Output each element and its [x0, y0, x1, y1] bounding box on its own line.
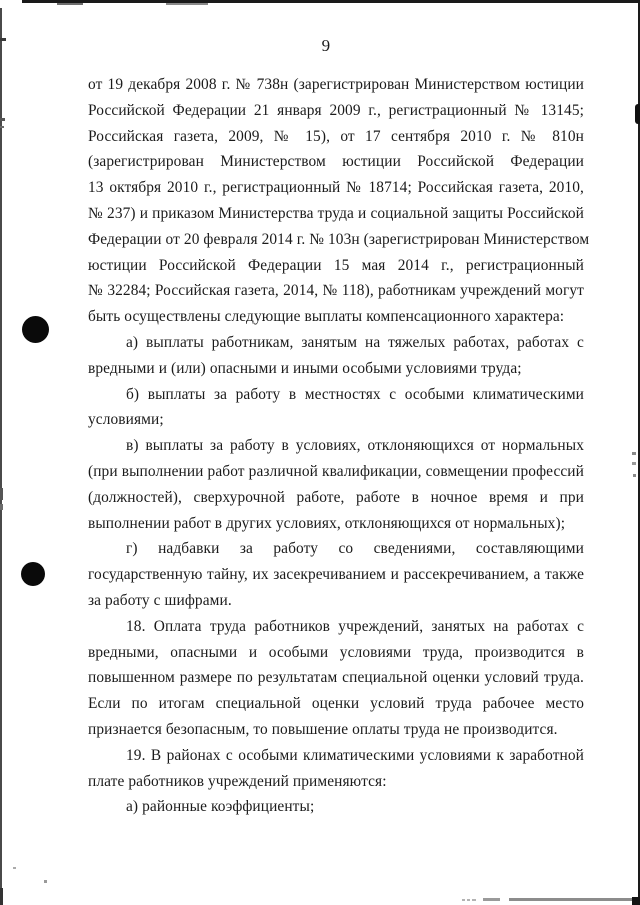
scan-artifact-right-tick: [632, 452, 636, 455]
scan-artifact-left-tick: [0, 118, 5, 121]
text-line: 13 октября 2010 г., регистрационный № 18…: [88, 175, 584, 201]
scan-artifact-top-dash: [166, 3, 208, 5]
text-line: вредными, опасными и особыми условиями т…: [88, 640, 584, 666]
text-line: Российской Федерации 21 января 2009 г., …: [88, 98, 584, 124]
scan-artifact-right-tick: [632, 462, 636, 465]
text-line: 18. Оплата труда работников учреждений, …: [88, 614, 584, 640]
scan-artifact-speck: [13, 867, 16, 869]
scan-artifact-bottom-corner: [632, 897, 640, 905]
page-number: 9: [78, 36, 574, 56]
text-line: повышенном размере по результатам специа…: [88, 665, 584, 691]
text-line: Федерации от 20 февраля 2014 г. № 103н (…: [88, 227, 584, 253]
text-line: № 237) и приказом Министерства труда и с…: [88, 201, 584, 227]
text-line: юстиции Российской Федерации 15 мая 2014…: [88, 253, 584, 279]
scan-artifact-left-tick: [0, 504, 3, 510]
text-line: условиями;: [88, 407, 584, 433]
scan-artifact-left-edge: [0, 8, 2, 905]
text-line: б) выплаты за работу в местностях с особ…: [88, 382, 584, 408]
punch-hole-top: [22, 316, 49, 343]
text-line: выполнении работ в других условиях, откл…: [88, 511, 584, 537]
text-line: государственную тайну, их засекречивание…: [88, 562, 584, 588]
scan-artifact-left-tick: [0, 126, 4, 128]
text-line: в) выплаты за работу в условиях, отклоня…: [88, 433, 584, 459]
scan-artifact-bottom-segment: [483, 898, 500, 901]
scan-artifact-top-edge: [22, 0, 640, 3]
text-line: а) выплаты работникам, занятым на тяжелы…: [88, 330, 584, 356]
text-line: быть осуществлены следующие выплаты комп…: [88, 304, 584, 330]
text-line: за работу с шифрами.: [88, 588, 584, 614]
text-line: вредными и (или) опасными и иными особым…: [88, 356, 584, 382]
scan-artifact-top-dash: [57, 3, 83, 5]
text-line: (при выполнении работ различной квалифик…: [88, 459, 584, 485]
text-line: плате работников учреждений применяются:: [88, 769, 584, 795]
scan-artifact-bottom-dash: [462, 899, 465, 901]
punch-hole-bottom: [21, 562, 45, 586]
scan-artifact-speck: [44, 880, 47, 883]
text-line: (должностей), сверхурочной работе, работ…: [88, 485, 584, 511]
scan-artifact-bottom-edge: [509, 898, 633, 901]
scan-artifact-right-blob: [635, 104, 640, 124]
text-line: Российская газета, 2009, № 15), от 17 се…: [88, 124, 584, 150]
scanned-document-page: 9 от 19 декабря 2008 г. № 738н (зарегист…: [0, 0, 640, 905]
scan-artifact-bottom-dash: [467, 899, 470, 901]
text-line: № 32284; Российская газета, 2014, № 118)…: [88, 278, 584, 304]
text-line: г) надбавки за работу со сведениями, сос…: [88, 536, 584, 562]
scan-artifact-bottom-left: [0, 888, 3, 905]
scan-artifact-left-tick: [0, 38, 6, 41]
document-body: от 19 декабря 2008 г. № 738н (зарегистри…: [88, 72, 584, 820]
text-line: (зарегистрирован Министерством юстиции Р…: [88, 149, 584, 175]
text-line: признается безопасным, то повышение опла…: [88, 717, 584, 743]
text-line: Если по итогам специальной оценки услови…: [88, 691, 584, 717]
scan-artifact-bottom-dash: [472, 899, 476, 901]
scan-artifact-right-tick: [633, 474, 636, 477]
scan-artifact-left-tick: [0, 488, 3, 500]
text-line: 19. В районах с особыми климатическими у…: [88, 743, 584, 769]
text-line: от 19 декабря 2008 г. № 738н (зарегистри…: [88, 72, 584, 98]
text-line: а) районные коэффициенты;: [88, 794, 584, 820]
